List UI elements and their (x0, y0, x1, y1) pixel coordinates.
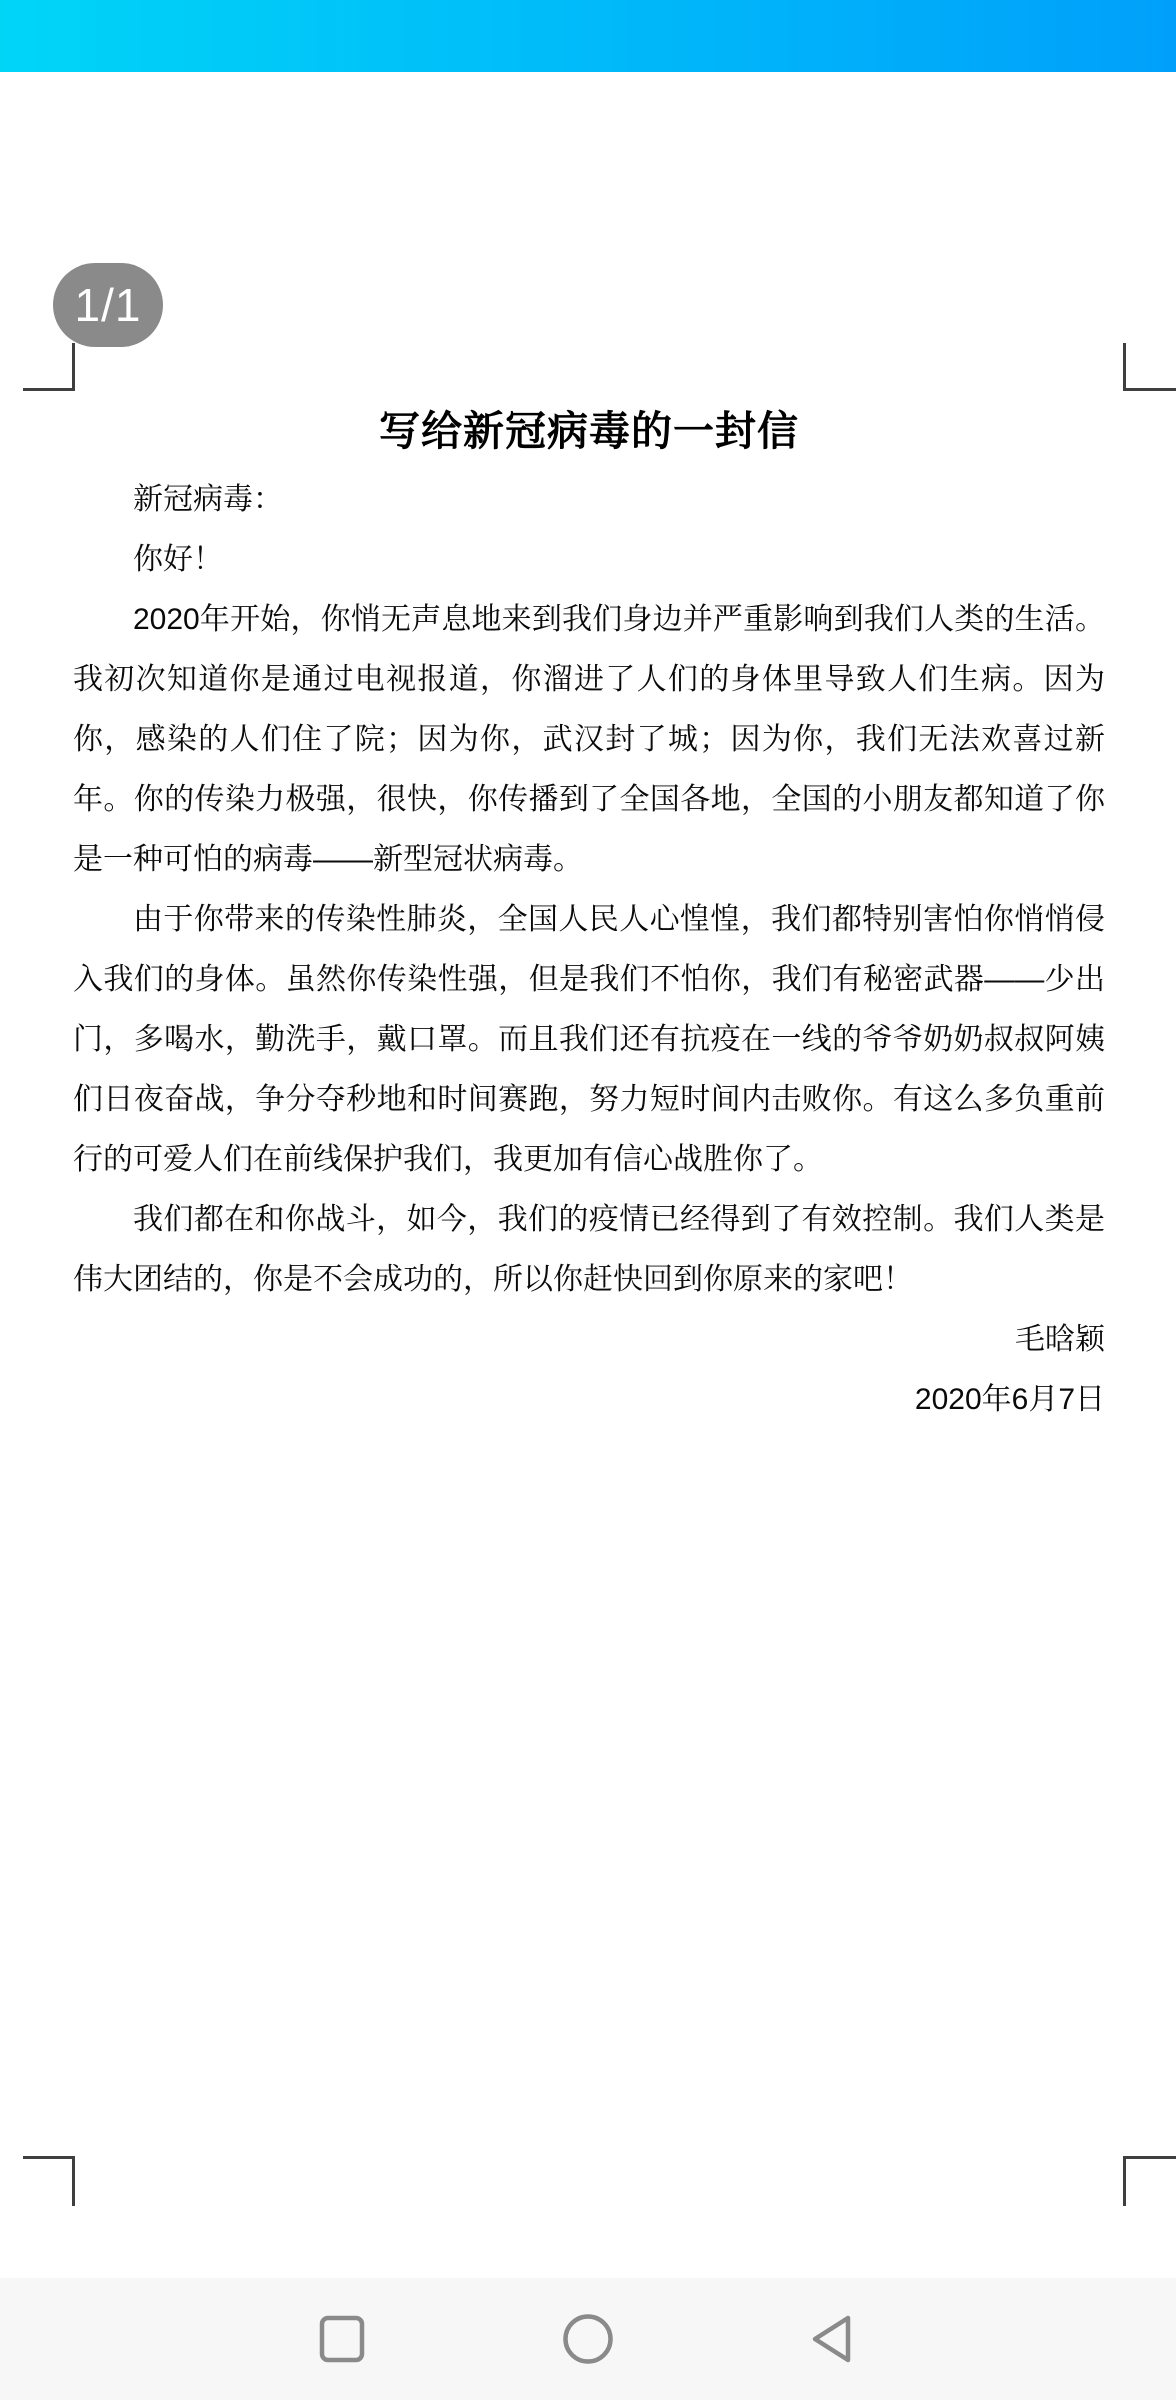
home-circle-icon (562, 2313, 614, 2365)
recents-button[interactable] (296, 2278, 388, 2400)
letter-line: 们日夜奋战，争分夺秒地和时间赛跑，努力短时间内击败你。有这么多负重前 (73, 1070, 1105, 1130)
salutation-line: 新冠病毒： (73, 470, 1105, 530)
letter-line: 伟大团结的，你是不会成功的，所以你赶快回到你原来的家吧！ (73, 1250, 1105, 1310)
corner-mark-top-left (23, 343, 75, 391)
corner-mark-top-right (1123, 343, 1176, 391)
corner-mark-bottom-right (1123, 2156, 1176, 2206)
letter-line: 行的可爱人们在前线保护我们，我更加有信心战胜你了。 (73, 1130, 1105, 1190)
letter-line: 2020年开始，你悄无声息地来到我们身边并严重影响到我们人类的生活。 (73, 590, 1105, 650)
home-button[interactable] (542, 2278, 634, 2400)
navigation-bar (0, 2278, 1176, 2400)
page-indicator-badge: 1/1 (53, 263, 163, 347)
letter-line: 是一种可怕的病毒——新型冠状病毒。 (73, 830, 1105, 890)
letter-line: 年。你的传染力极强，很快，你传播到了全国各地，全国的小朋友都知道了你 (73, 770, 1105, 830)
recents-square-icon (318, 2314, 366, 2364)
status-bar (0, 0, 1176, 72)
letter-line: 入我们的身体。虽然你传染性强，但是我们不怕你，我们有秘密武器——少出 (73, 950, 1105, 1010)
date-line: 2020年6月7日 (73, 1370, 1105, 1430)
page-indicator-label: 1/1 (75, 278, 142, 332)
letter-line: 我们都在和你战斗，如今，我们的疫情已经得到了有效控制。我们人类是 (73, 1190, 1105, 1250)
letter-line: 门，多喝水，勤洗手，戴口罩。而且我们还有抗疫在一线的爷爷奶奶叔叔阿姨 (73, 1010, 1105, 1070)
letter-line: 我初次知道你是通过电视报道，你溜进了人们的身体里导致人们生病。因为 (73, 650, 1105, 710)
document-title: 写给新冠病毒的一封信 (73, 398, 1105, 457)
greeting-line: 你好！ (73, 530, 1105, 590)
letter-line: 你，感染的人们住了院；因为你，武汉封了城；因为你，我们无法欢喜过新 (73, 710, 1105, 770)
back-triangle-icon (808, 2313, 856, 2365)
back-button[interactable] (786, 2278, 878, 2400)
corner-mark-bottom-left (23, 2156, 75, 2206)
letter-line: 由于你带来的传染性肺炎，全国人民人心惶惶，我们都特别害怕你悄悄侵 (73, 890, 1105, 950)
signature: 毛晗颖 (73, 1310, 1105, 1370)
letter-body: 新冠病毒： 你好！ 2020年开始，你悄无声息地来到我们身边并严重影响到我们人类… (73, 470, 1105, 1430)
